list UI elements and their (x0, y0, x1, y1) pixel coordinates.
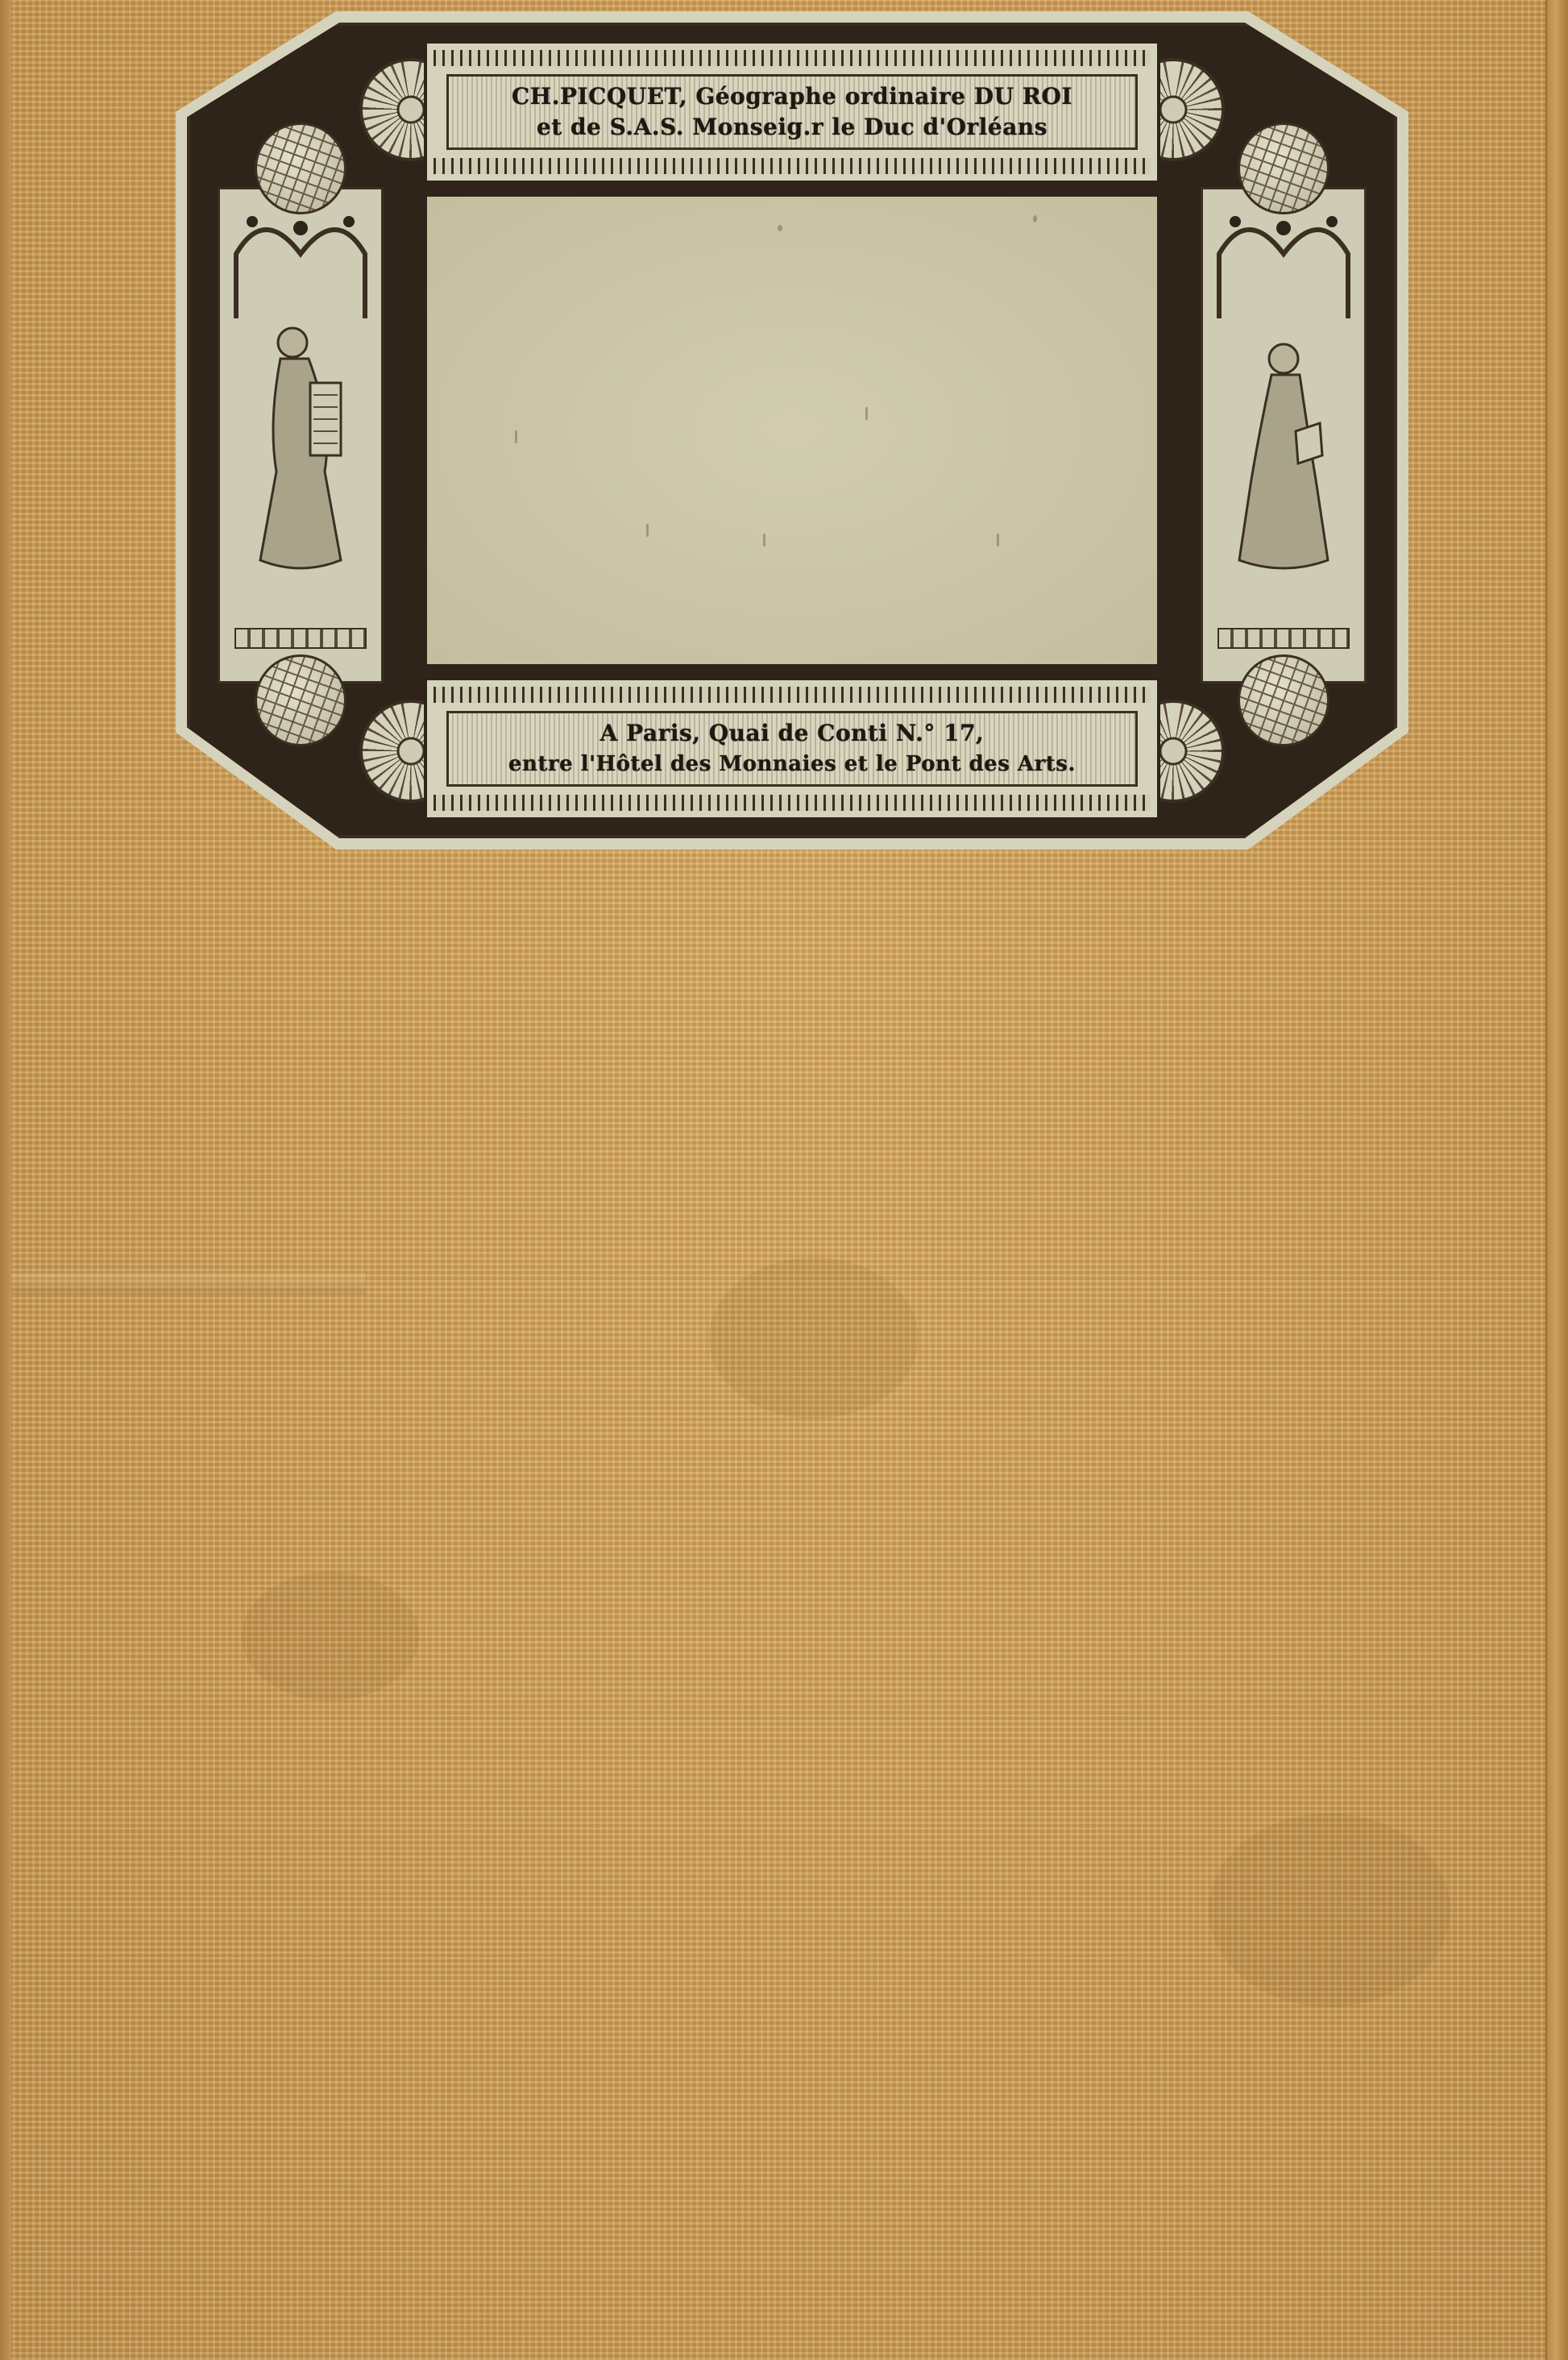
publisher-patron: et de S.A.S. Monseig.r le Duc d'Orléans (537, 112, 1047, 143)
frieze-border (433, 795, 1151, 811)
publisher-cartouche: CH.PICQUET, Géographe ordinaire DU ROI e… (424, 40, 1160, 184)
title-blank-panel (424, 193, 1160, 667)
address-field: A Paris, Quai de Conti N.° 17, entre l'H… (446, 711, 1138, 787)
paper-fleck (763, 534, 765, 546)
globe-icon (1238, 654, 1329, 746)
frieze-border (433, 50, 1151, 66)
globe-icon (255, 654, 346, 746)
cover-right-edge (1545, 0, 1568, 2360)
cloth-stain (709, 1257, 919, 1419)
left-figure-panel (218, 187, 384, 683)
paper-fleck (865, 407, 868, 420)
paper-fleck (778, 225, 782, 231)
paper-fleck (997, 534, 999, 546)
right-figure-panel (1201, 187, 1367, 683)
address-line-1: A Paris, Quai de Conti N.° 17, (600, 718, 985, 749)
paper-fleck (515, 430, 517, 443)
publisher-name: CH.PICQUET, Géographe ordinaire DU ROI (512, 81, 1072, 112)
globe-icon (1238, 123, 1329, 214)
address-cartouche: A Paris, Quai de Conti N.° 17, entre l'H… (424, 677, 1160, 821)
frieze-border (433, 687, 1151, 703)
plinth (1217, 628, 1350, 649)
address-line-2: entre l'Hôtel des Monnaies et le Pont de… (508, 749, 1076, 779)
seated-woman-scroll-icon (244, 294, 357, 609)
cover-left-edge (0, 0, 11, 2360)
cloth-crease (11, 1273, 366, 1294)
seated-woman-reading-icon (1227, 294, 1340, 609)
label-frame: CH.PICQUET, Géographe ordinaire DU ROI e… (187, 23, 1397, 838)
plinth (234, 628, 367, 649)
publisher-field: CH.PICQUET, Géographe ordinaire DU ROI e… (446, 74, 1138, 150)
frieze-border (433, 158, 1151, 174)
cloth-stain (1209, 1814, 1450, 2007)
engraved-label: CH.PICQUET, Géographe ordinaire DU ROI e… (176, 11, 1408, 850)
cloth-stain (242, 1572, 419, 1701)
paper-fleck (646, 524, 649, 537)
globe-icon (255, 123, 346, 214)
paper-fleck (1033, 215, 1037, 222)
